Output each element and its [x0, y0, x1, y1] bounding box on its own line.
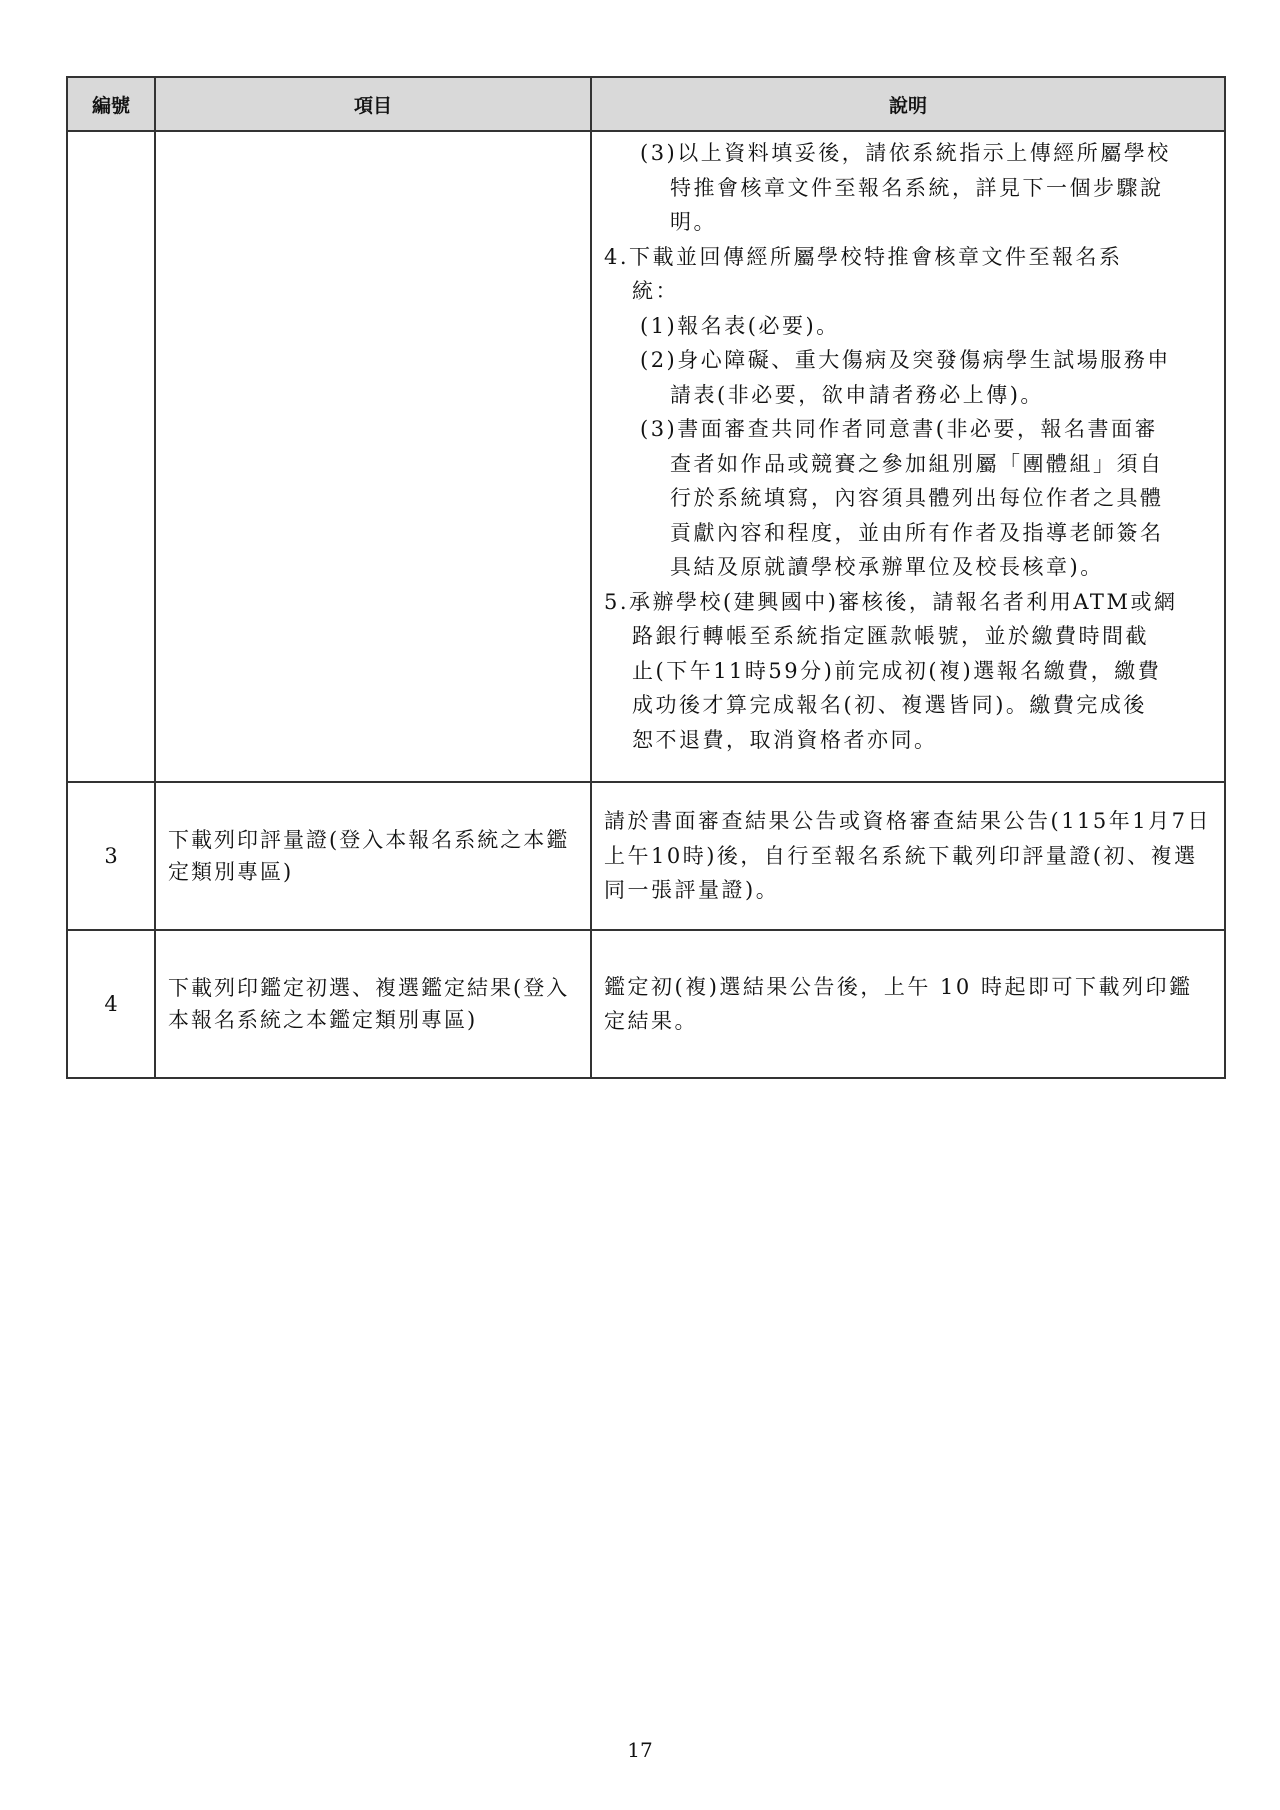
row-item: 下載列印評量證(登入本報名系統之本鑑定類別專區) — [155, 782, 591, 930]
description-line: 行於系統填寫，內容須具體列出每位作者之具體 — [604, 481, 1214, 516]
header-item: 項目 — [155, 77, 591, 131]
row-number: 4 — [67, 930, 155, 1078]
table-row: (3)以上資料填妥後，請依系統指示上傳經所屬學校特推會核章文件至報名系統，詳見下… — [67, 131, 1225, 782]
description-line: 特推會核章文件至報名系統，詳見下一個步驟說 — [604, 171, 1214, 206]
description-line: 路銀行轉帳至系統指定匯款帳號，並於繳費時間截 — [604, 619, 1214, 654]
description-line: (3)以上資料填妥後，請依系統指示上傳經所屬學校 — [604, 136, 1214, 171]
description-line: (1)報名表(必要)。 — [604, 309, 1214, 344]
description-line: 明。 — [604, 205, 1214, 240]
procedure-table: 編號 項目 說明 (3)以上資料填妥後，請依系統指示上傳經所屬學校特推會核章文件… — [66, 76, 1226, 1079]
description-line: 統： — [604, 274, 1214, 309]
description-line: (2)身心障礙、重大傷病及突發傷病學生試場服務申 — [604, 343, 1214, 378]
row-item: 下載列印鑑定初選、複選鑑定結果(登入本報名系統之本鑑定類別專區) — [155, 930, 591, 1078]
description-line: 請表(非必要，欲申請者務必上傳)。 — [604, 378, 1214, 413]
row-description: 鑑定初(複)選結果公告後，上午 10 時起即可下載列印鑑定結果。 — [591, 930, 1225, 1078]
description-line: 5.承辦學校(建興國中)審核後，請報名者利用ATM或網 — [604, 585, 1214, 620]
table-header-row: 編號 項目 說明 — [67, 77, 1225, 131]
row-description: 請於書面審查結果公告或資格審查結果公告(115年1月7日上午10時)後，自行至報… — [591, 782, 1225, 930]
header-number: 編號 — [67, 77, 155, 131]
description-line: 成功後才算完成報名(初、複選皆同)。繳費完成後 — [604, 688, 1214, 723]
row-number: 3 — [67, 782, 155, 930]
description-line: 查者如作品或競賽之參加組別屬「團體組」須自 — [604, 447, 1214, 482]
row-item — [155, 131, 591, 782]
page-number: 17 — [0, 1738, 1280, 1762]
row-number — [67, 131, 155, 782]
row-description: (3)以上資料填妥後，請依系統指示上傳經所屬學校特推會核章文件至報名系統，詳見下… — [591, 131, 1225, 782]
description-line: 恕不退費，取消資格者亦同。 — [604, 723, 1214, 758]
header-description: 說明 — [591, 77, 1225, 131]
table-row: 4 下載列印鑑定初選、複選鑑定結果(登入本報名系統之本鑑定類別專區) 鑑定初(複… — [67, 930, 1225, 1078]
description-line: 4.下載並回傳經所屬學校特推會核章文件至報名系 — [604, 240, 1214, 275]
description-line: 具結及原就讀學校承辦單位及校長核章)。 — [604, 550, 1214, 585]
description-line: (3)書面審查共同作者同意書(非必要，報名書面審 — [604, 412, 1214, 447]
description-line: 貢獻內容和程度，並由所有作者及指導老師簽名 — [604, 516, 1214, 551]
table-row: 3 下載列印評量證(登入本報名系統之本鑑定類別專區) 請於書面審查結果公告或資格… — [67, 782, 1225, 930]
description-line: 止(下午11時59分)前完成初(複)選報名繳費，繳費 — [604, 654, 1214, 689]
